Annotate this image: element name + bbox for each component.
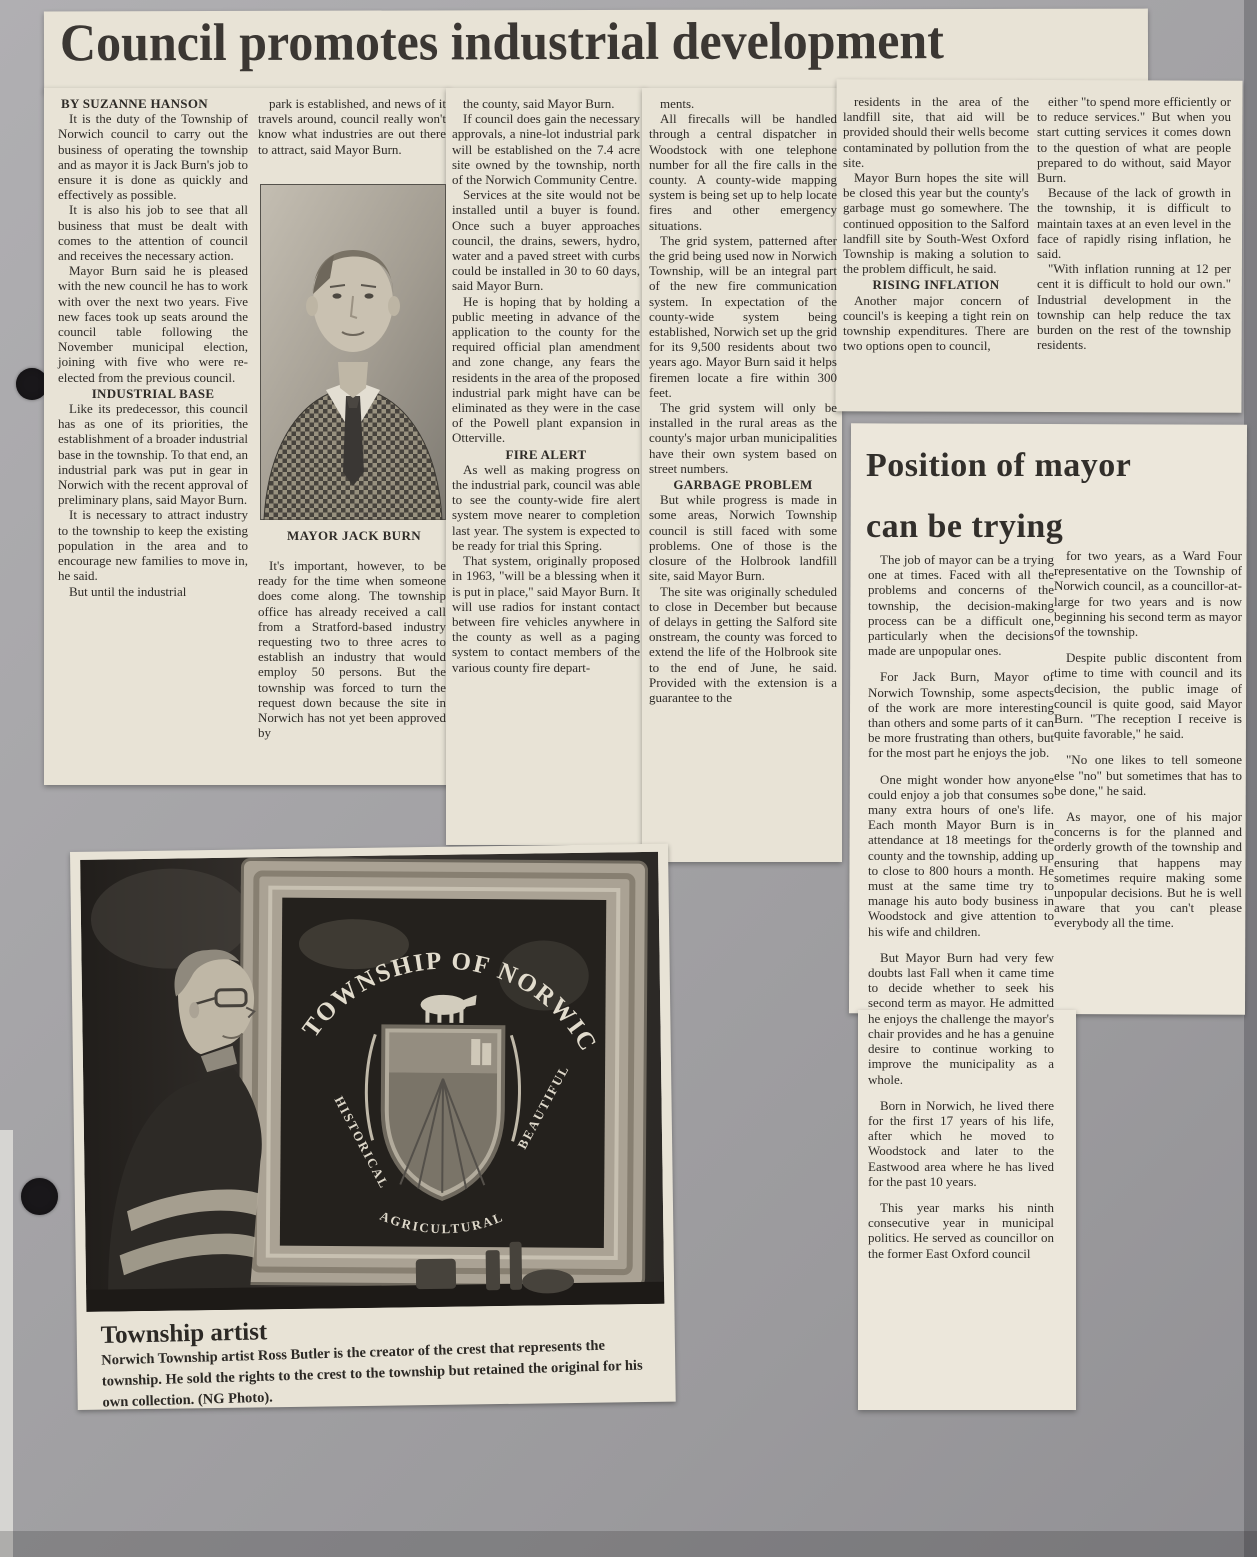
section-subhead-fire-alert: FIRE ALERT <box>452 447 640 462</box>
mayor-photo-caption: MAYOR JACK BURN <box>270 528 438 544</box>
artist-photo: TOWNSHIP OF NORWICH <box>80 852 664 1312</box>
artist-photo-clipping: TOWNSHIP OF NORWICH <box>70 844 676 1410</box>
hole-punch-bottom <box>21 1178 58 1215</box>
article-paragraph: "With inflation running at 12 per cent i… <box>1037 261 1231 352</box>
article-paragraph: Because of the lack of growth in the tow… <box>1037 185 1231 261</box>
article-paragraph: Mayor Burn hopes the site will be closed… <box>843 170 1029 276</box>
scrapbook-page: Council promotes industrial development … <box>0 0 1257 1557</box>
article-paragraph: residents in the area of the landfill si… <box>843 94 1029 170</box>
section-subhead-garbage-problem: GARBAGE PROBLEM <box>649 477 837 492</box>
article2-headline: Position of mayor can be trying <box>866 436 1236 557</box>
page-edge-right <box>1244 0 1257 1557</box>
article-paragraph: The job of mayor can be a trying one at … <box>868 552 1054 658</box>
article-paragraph: As well as making progress on the indust… <box>452 462 640 553</box>
article-paragraph: either "to spend more efficiently or to … <box>1037 94 1231 185</box>
article-paragraph: It is also his job to see that all busin… <box>58 202 248 263</box>
mayor-jack-burn-photo <box>260 184 446 520</box>
article-paragraph: Another major concern of council's is ke… <box>843 293 1029 354</box>
article-paragraph: The grid system, patterned after the gri… <box>649 233 837 400</box>
article-paragraph: If council does gain the necessary appro… <box>452 111 640 187</box>
article-paragraph: He is hoping that by holding a public me… <box>452 294 640 446</box>
article1-column-5: residents in the area of the landfill si… <box>843 94 1029 353</box>
section-subhead-rising-inflation: RISING INFLATION <box>843 277 1029 292</box>
article2-column-b: for two years, as a Ward Four representa… <box>1054 548 1242 942</box>
article1-column-2: park is established, and news of it trav… <box>258 96 446 157</box>
artist-photo-caption: Township artist Norwich Township artist … <box>101 1312 658 1414</box>
article-paragraph: The site was originally scheduled to clo… <box>649 584 837 706</box>
article-paragraph: Born in Norwich, he lived there for the … <box>868 1098 1054 1189</box>
article-paragraph: But while progress is made in some areas… <box>649 492 837 583</box>
article-paragraph: Services at the site would not be instal… <box>452 187 640 293</box>
byline: BY SUZANNE HANSON <box>58 96 248 111</box>
article-paragraph: It's important, however, to be ready for… <box>258 558 446 740</box>
article1-column-6: either "to spend more efficiently or to … <box>1037 94 1231 352</box>
article-paragraph: For Jack Burn, Mayor of Norwich Township… <box>868 669 1054 760</box>
article-paragraph: That system, originally proposed in 1963… <box>452 553 640 675</box>
article-paragraph: One might wonder how anyone could enjoy … <box>868 772 1054 939</box>
article-paragraph: for two years, as a Ward Four representa… <box>1054 548 1242 639</box>
article2-column-a: The job of mayor can be a trying one at … <box>868 552 1054 1272</box>
article1-column-3: the county, said Mayor Burn. If council … <box>452 96 640 675</box>
article-paragraph: As mayor, one of his major concerns is f… <box>1054 809 1242 931</box>
page-edge-left <box>0 1130 13 1557</box>
article-paragraph: But until the industrial <box>58 584 248 599</box>
article1-column-2b: It's important, however, to be ready for… <box>258 558 446 740</box>
article-paragraph: It is necessary to attract industry to t… <box>58 507 248 583</box>
article-paragraph: All firecalls will be handled through a … <box>649 111 837 233</box>
article-paragraph: "No one likes to tell someone else "no" … <box>1054 752 1242 798</box>
section-subhead-industrial-base: INDUSTRIAL BASE <box>58 386 248 401</box>
article1-column-1: BY SUZANNE HANSON It is the duty of the … <box>58 96 248 599</box>
article-paragraph: This year marks his ninth consecutive ye… <box>868 1200 1054 1261</box>
article-paragraph: But Mayor Burn had very few doubts last … <box>868 950 1054 1087</box>
article-paragraph: ments. <box>649 96 837 111</box>
article-paragraph: It is the duty of the Township of Norwic… <box>58 111 248 202</box>
article-paragraph: The grid system will only be installed i… <box>649 400 837 476</box>
article-paragraph: the county, said Mayor Burn. <box>452 96 640 111</box>
article-paragraph: Like its predecessor, this council has a… <box>58 401 248 507</box>
article2-headline-line1: Position of mayor <box>866 436 1236 497</box>
article1-column-4: ments. All firecalls will be handled thr… <box>649 96 837 705</box>
article-paragraph: Despite public discontent from time to t… <box>1054 650 1242 741</box>
page-edge-bottom <box>0 1531 1257 1557</box>
article-paragraph: Mayor Burn said he is pleased with the n… <box>58 263 248 385</box>
article1-headline: Council promotes industrial development <box>60 9 944 73</box>
article-paragraph: park is established, and news of it trav… <box>258 96 446 157</box>
